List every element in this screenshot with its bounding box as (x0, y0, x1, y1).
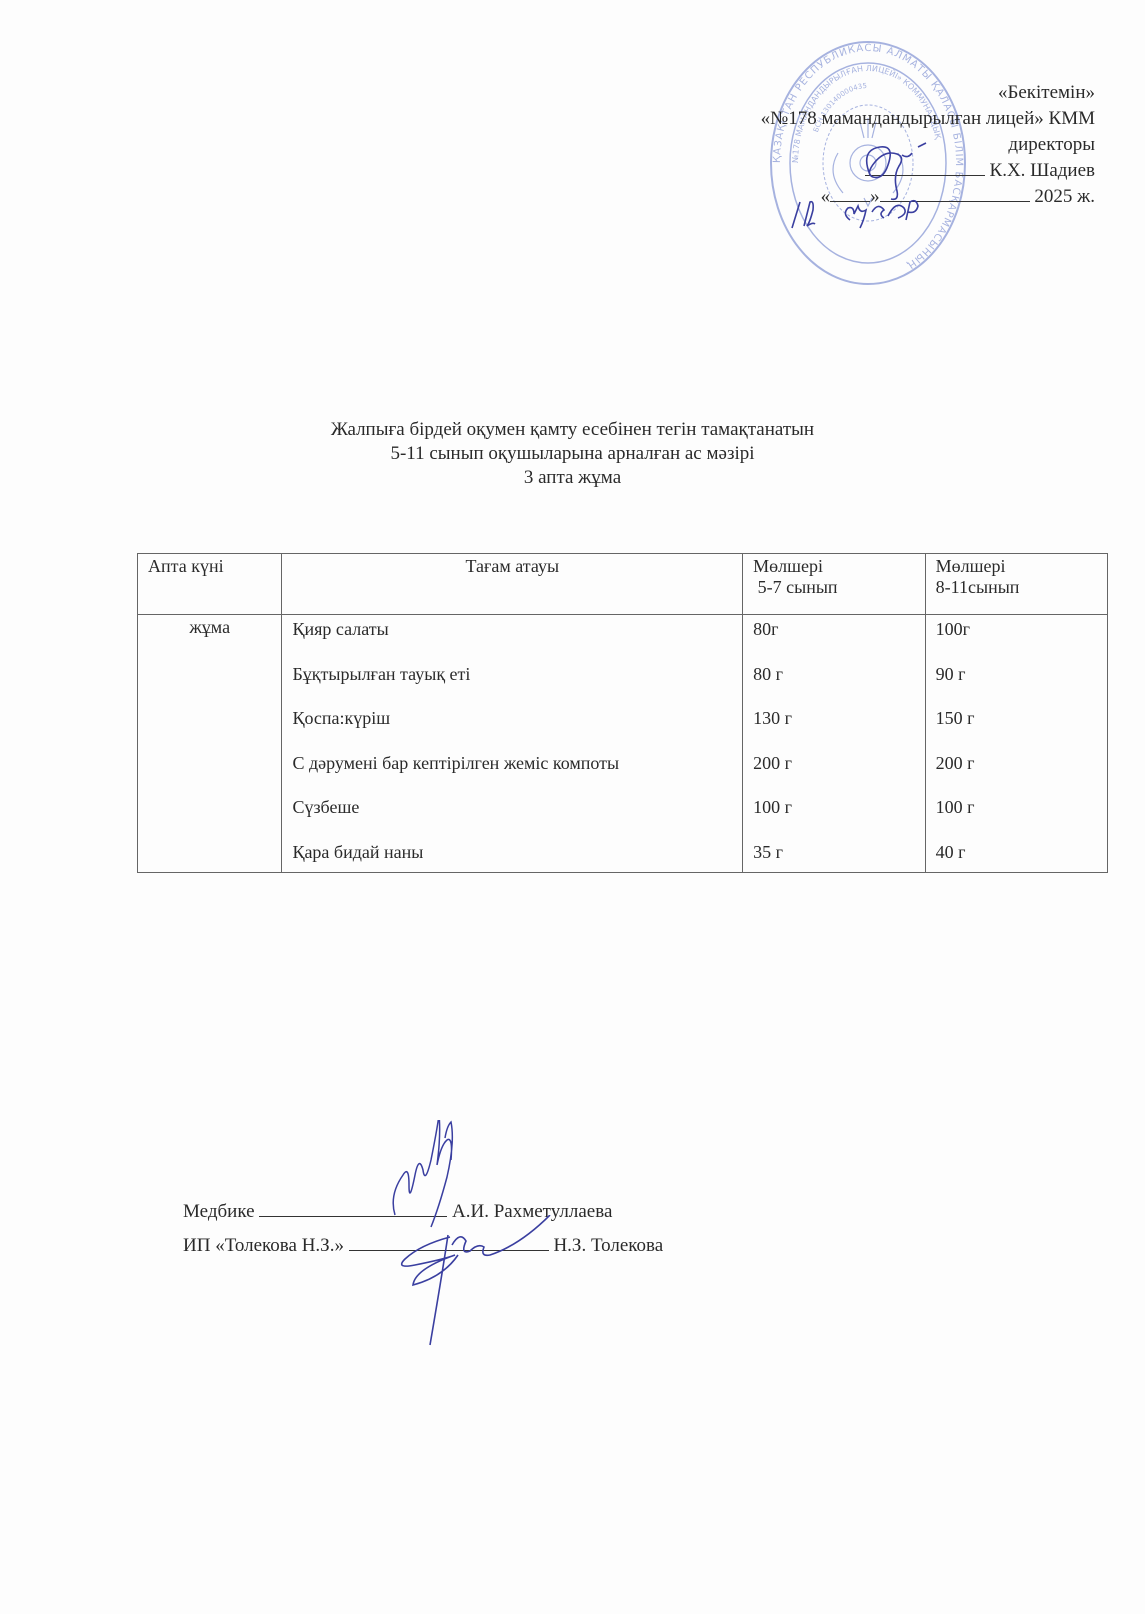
menu-table: Апта күні Тағам атауы Мөлшері 5-7 сынып … (137, 553, 1108, 873)
header-qty-5-7-grade: 5-7 сынып (753, 577, 915, 598)
header-qty-8-11-label: Мөлшері (936, 556, 1097, 577)
qty-5-7: 130 г (753, 706, 915, 751)
dish-names-cell: Қияр салаты Бұқтырылған тауық еті Қоспа:… (282, 615, 743, 873)
title-line-2: 5-11 сынып оқушыларына арналған ас мәзір… (0, 442, 1145, 466)
dish-name: Қоспа:күріш (292, 706, 732, 751)
qty-8-11: 100г (936, 617, 1097, 662)
dish-name: Бұқтырылған тауық еті (292, 662, 732, 707)
header-qty-8-11: Мөлшері 8-11сынып (925, 554, 1107, 615)
day-cell: жұма (138, 615, 282, 873)
dish-name: Қара бидай наны (292, 840, 732, 870)
handwritten-date (780, 190, 960, 240)
dish-name: С дәрумені бар кептірілген жеміс компоты (292, 751, 732, 796)
title-line-1: Жалпыға бірдей оқумен қамту есебінен тег… (0, 418, 1145, 442)
header-dish-name: Тағам атауы (282, 554, 743, 615)
table-row: жұма Қияр салаты Бұқтырылған тауық еті Қ… (138, 615, 1108, 873)
approval-title: «Бекітемін» (761, 80, 1095, 106)
table-header-row: Апта күні Тағам атауы Мөлшері 5-7 сынып … (138, 554, 1108, 615)
qty-5-7: 200 г (753, 751, 915, 796)
approval-organization: «№178 мамандандырылған лицей» КММ (761, 106, 1095, 132)
qty-8-11: 100 г (936, 795, 1097, 840)
ip-label: ИП «Толекова Н.З.» (183, 1235, 344, 1256)
nurse-label: Медбике (183, 1201, 255, 1222)
qty-5-7: 80 г (753, 662, 915, 707)
qty-8-11: 150 г (936, 706, 1097, 751)
dish-name: Қияр салаты (292, 617, 732, 662)
qty-8-11: 200 г (936, 751, 1097, 796)
qty-5-7: 80г (753, 617, 915, 662)
document-title: Жалпыға бірдей оқумен қамту есебінен тег… (0, 418, 1145, 490)
director-name: К.Х. Шадиев (990, 160, 1095, 181)
qty-8-11: 90 г (936, 662, 1097, 707)
date-year: 2025 ж. (1034, 186, 1095, 207)
qty-5-7: 35 г (753, 840, 915, 870)
nurse-signature (385, 1120, 485, 1230)
qty-8-11: 40 г (936, 840, 1097, 870)
qty-5-7: 100 г (753, 795, 915, 840)
dish-name: Сүзбеше (292, 795, 732, 840)
header-qty-5-7: Мөлшері 5-7 сынып (743, 554, 926, 615)
ip-signature (390, 1215, 600, 1355)
qty-8-11-cell: 100г 90 г 150 г 200 г 100 г 40 г (925, 615, 1107, 873)
title-line-3: 3 апта жұма (0, 466, 1145, 490)
header-day: Апта күні (138, 554, 282, 615)
qty-5-7-cell: 80г 80 г 130 г 200 г 100 г 35 г (743, 615, 926, 873)
header-qty-8-11-grade: 8-11сынып (936, 577, 1097, 598)
header-qty-5-7-label: Мөлшері (753, 556, 915, 577)
